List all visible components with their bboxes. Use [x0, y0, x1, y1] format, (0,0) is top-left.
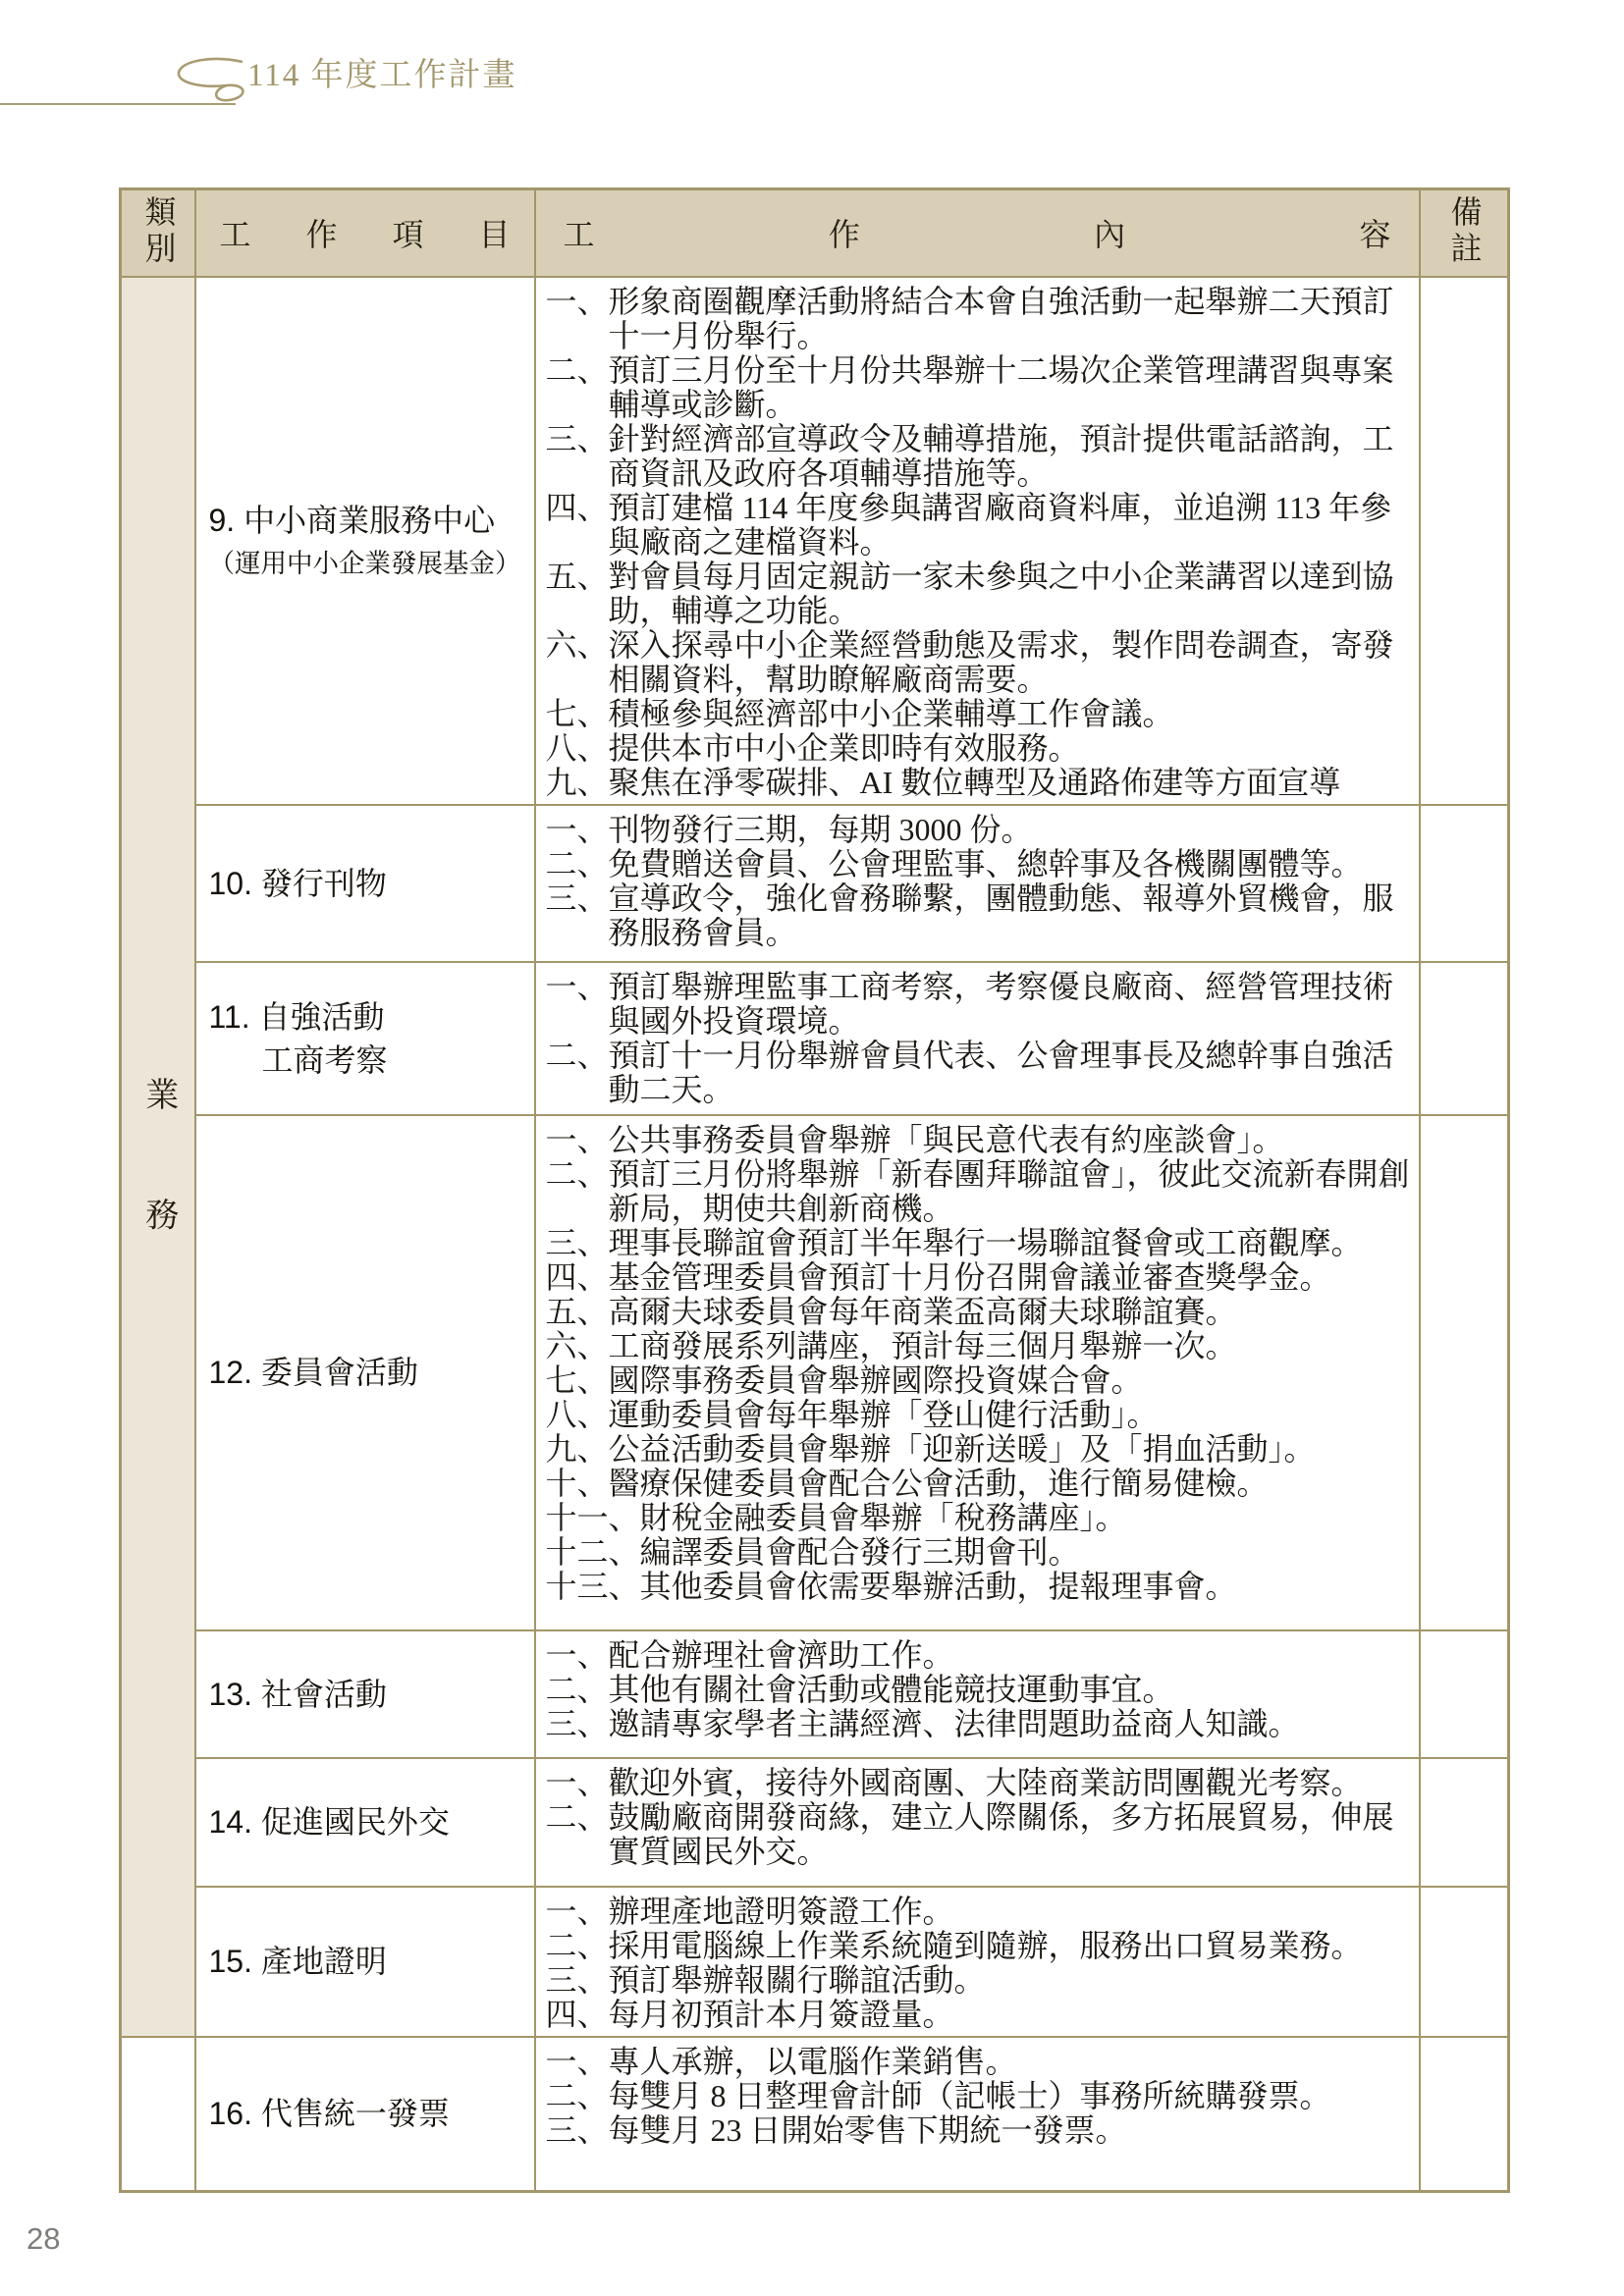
- note-cell: [1420, 1115, 1509, 1630]
- table-row: 10. 發行刊物 一、刊物發行三期，每期 3000 份。二、免費贈送會員、公會理…: [121, 805, 1509, 962]
- note-cell: [1420, 1630, 1509, 1758]
- content-item: 八、提供本市中小企業即時有效服務。: [546, 731, 1413, 766]
- work-item-subtitle: 工商考察: [209, 1041, 530, 1080]
- work-item-cell: 15. 產地證明: [195, 1887, 535, 2037]
- content-item: 八、運動委員會每年舉辦「登山健行活動」。: [546, 1398, 1413, 1432]
- content-list: 一、配合辦理社會濟助工作。二、其他有關社會活動或體能競技運動事宜。三、邀請專家學…: [546, 1638, 1413, 1741]
- content-list: 一、公共事務委員會舉辦「與民意代表有約座談會」。二、預訂三月份將舉辦「新春團拜聯…: [546, 1123, 1413, 1604]
- document-page: 114 年度工作計畫 類別 工作項目 工作內容 備註: [0, 0, 1624, 2296]
- table-row: 業務 9. 中小商業服務中心 （運用中小企業發展基金） 一、形象商圈觀摩活動將結…: [121, 277, 1509, 805]
- content-item: 二、預訂三月份將舉辦「新春團拜聯誼會」，彼此交流新春開創新局，期使共創新商機。: [546, 1157, 1413, 1226]
- header-cell-content: 工作內容: [535, 189, 1420, 277]
- header-note-label: 備註: [1447, 195, 1481, 268]
- note-cell: [1420, 277, 1509, 805]
- content-item: 一、公共事務委員會舉辦「與民意代表有約座談會」。: [546, 1123, 1413, 1157]
- content-item: 三、針對經濟部宣導政令及輔導措施，預計提供電話諮詢，工商資訊及政府各項輔導措施等…: [546, 422, 1413, 491]
- note-cell: [1420, 805, 1509, 962]
- header-category-label: 類別: [141, 195, 175, 268]
- content-item: 五、高爾夫球委員會每年商業盃高爾夫球聯誼賽。: [546, 1295, 1413, 1329]
- table-row: 14. 促進國民外交 一、歡迎外賓，接待外國商團、大陸商業訪問團觀光考察。二、鼓…: [121, 1758, 1509, 1887]
- content-item: 一、刊物發行三期，每期 3000 份。: [546, 813, 1413, 847]
- content-item: 十一、財稅金融委員會舉辦「稅務講座」。: [546, 1501, 1413, 1535]
- note-cell: [1420, 2037, 1509, 2192]
- work-item-cell: 10. 發行刊物: [195, 805, 535, 962]
- content-item: 一、歡迎外賓，接待外國商團、大陸商業訪問團觀光考察。: [546, 1766, 1413, 1800]
- table-row: 13. 社會活動 一、配合辦理社會濟助工作。二、其他有關社會活動或體能競技運動事…: [121, 1630, 1509, 1758]
- content-item: 六、工商發展系列講座，預計每三個月舉辦一次。: [546, 1329, 1413, 1363]
- content-item: 二、每雙月 8 日整理會計師（記帳士）事務所統購發票。: [546, 2079, 1413, 2113]
- content-item: 一、配合辦理社會濟助工作。: [546, 1638, 1413, 1673]
- category-label: 業務: [141, 1077, 175, 1317]
- work-content-cell: 一、刊物發行三期，每期 3000 份。二、免費贈送會員、公會理監事、總幹事及各機…: [535, 805, 1420, 962]
- content-list: 一、預訂舉辦理監事工商考察，考察優良廠商、經營管理技術與國外投資環境。二、預訂十…: [546, 970, 1413, 1107]
- work-item-cell: 12. 委員會活動: [195, 1115, 535, 1630]
- work-content-cell: 一、配合辦理社會濟助工作。二、其他有關社會活動或體能競技運動事宜。三、邀請專家學…: [535, 1630, 1420, 1758]
- work-item-cell: 9. 中小商業服務中心 （運用中小企業發展基金）: [195, 277, 535, 805]
- header-row: 類別 工作項目 工作內容 備註: [121, 189, 1509, 277]
- content-item: 十二、編譯委員會配合發行三期會刊。: [546, 1535, 1413, 1570]
- work-item-title: 11. 自強活動: [209, 997, 530, 1037]
- work-item-title: 15. 產地證明: [209, 1942, 530, 1981]
- content-item: 十三、其他委員會依需要舉辦活動，提報理事會。: [546, 1570, 1413, 1604]
- content-item: 一、專人承辦，以電腦作業銷售。: [546, 2045, 1413, 2079]
- document-title: 114 年度工作計畫: [247, 49, 517, 95]
- s-swirl-logo-icon: [173, 55, 245, 106]
- content-item: 三、每雙月 23 日開始零售下期統一發票。: [546, 2113, 1413, 2148]
- table-row: 16. 代售統一發票 一、專人承辦，以電腦作業銷售。二、每雙月 8 日整理會計師…: [121, 2037, 1509, 2192]
- table-header: 類別 工作項目 工作內容 備註: [121, 189, 1509, 277]
- work-item-title: 12. 委員會活動: [209, 1353, 530, 1392]
- work-plan-table: 類別 工作項目 工作內容 備註 業務 9. 中小商業服務中心: [119, 187, 1510, 2193]
- table-body: 業務 9. 中小商業服務中心 （運用中小企業發展基金） 一、形象商圈觀摩活動將結…: [121, 277, 1509, 2192]
- work-item-subtitle: （運用中小企業發展基金）: [209, 548, 530, 580]
- content-item: 三、宣導政令，強化會務聯繫，團體動態、報導外貿機會，服務服務會員。: [546, 881, 1413, 950]
- header-cell-note: 備註: [1420, 189, 1509, 277]
- content-item: 三、邀請專家學者主講經濟、法律問題助益商人知識。: [546, 1707, 1413, 1741]
- content-item: 二、其他有關社會活動或體能競技運動事宜。: [546, 1673, 1413, 1707]
- content-item: 七、積極參與經濟部中小企業輔導工作會議。: [546, 697, 1413, 731]
- content-list: 一、歡迎外賓，接待外國商團、大陸商業訪問團觀光考察。二、鼓勵廠商開發商緣，建立人…: [546, 1766, 1413, 1869]
- work-item-title: 16. 代售統一發票: [209, 2094, 530, 2133]
- table-row: 12. 委員會活動 一、公共事務委員會舉辦「與民意代表有約座談會」。二、預訂三月…: [121, 1115, 1509, 1630]
- work-item-title: 14. 促進國民外交: [209, 1802, 530, 1842]
- work-item-cell: 11. 自強活動 工商考察: [195, 962, 535, 1115]
- content-item: 二、免費贈送會員、公會理監事、總幹事及各機關團體等。: [546, 847, 1413, 881]
- content-item: 六、深入探尋中小企業經營動態及需求，製作問卷調查，寄發相關資料，幫助瞭解廠商需要…: [546, 628, 1413, 697]
- content-item: 七、國際事務委員會舉辦國際投資媒合會。: [546, 1363, 1413, 1398]
- content-item: 九、公益活動委員會舉辦「迎新送暖」及「捐血活動」。: [546, 1432, 1413, 1467]
- content-item: 二、鼓勵廠商開發商緣，建立人際關係，多方拓展貿易，伸展實質國民外交。: [546, 1800, 1413, 1869]
- work-item-title: 9. 中小商業服務中心: [209, 501, 530, 540]
- content-item: 三、理事長聯誼會預訂半年舉行一場聯誼餐會或工商觀摩。: [546, 1226, 1413, 1260]
- note-cell: [1420, 1887, 1509, 2037]
- work-content-cell: 一、公共事務委員會舉辦「與民意代表有約座談會」。二、預訂三月份將舉辦「新春團拜聯…: [535, 1115, 1420, 1630]
- work-item-title: 13. 社會活動: [209, 1675, 530, 1714]
- work-item-cell: 16. 代售統一發票: [195, 2037, 535, 2192]
- work-content-cell: 一、歡迎外賓，接待外國商團、大陸商業訪問團觀光考察。二、鼓勵廠商開發商緣，建立人…: [535, 1758, 1420, 1887]
- work-content-cell: 一、辦理產地證明簽證工作。二、採用電腦線上作業系統隨到隨辦，服務出口貿易業務。三…: [535, 1887, 1420, 2037]
- work-item-cell: 14. 促進國民外交: [195, 1758, 535, 1887]
- content-item: 一、形象商圈觀摩活動將結合本會自強活動一起舉辦二天預訂十一月份舉行。: [546, 285, 1413, 353]
- content-item: 三、預訂舉辦報關行聯誼活動。: [546, 1963, 1413, 1998]
- table-row: 15. 產地證明 一、辦理產地證明簽證工作。二、採用電腦線上作業系統隨到隨辦，服…: [121, 1887, 1509, 2037]
- content-item: 二、預訂三月份至十月份共舉辦十二場次企業管理講習與專案輔導或診斷。: [546, 353, 1413, 422]
- content-item: 四、基金管理委員會預訂十月份召開會議並審查獎學金。: [546, 1260, 1413, 1295]
- content-item: 九、聚焦在淨零碳排、AI 數位轉型及通路佈建等方面宣導: [546, 766, 1413, 800]
- header-cell-category: 類別: [121, 189, 195, 277]
- content-item: 二、預訂十一月份舉辦會員代表、公會理事長及總幹事自強活動二天。: [546, 1039, 1413, 1107]
- content-item: 五、對會員每月固定親訪一家未參與之中小企業講習以達到協助，輔導之功能。: [546, 560, 1413, 628]
- content-item: 十、醫療保健委員會配合公會活動，進行簡易健檢。: [546, 1467, 1413, 1501]
- work-item-cell: 13. 社會活動: [195, 1630, 535, 1758]
- content-list: 一、形象商圈觀摩活動將結合本會自強活動一起舉辦二天預訂十一月份舉行。二、預訂三月…: [546, 285, 1413, 800]
- table-row: 11. 自強活動 工商考察 一、預訂舉辦理監事工商考察，考察優良廠商、經營管理技…: [121, 962, 1509, 1115]
- content-item: 二、採用電腦線上作業系統隨到隨辦，服務出口貿易業務。: [546, 1929, 1413, 1963]
- header-content-label: 工作內容: [536, 210, 1419, 255]
- content-list: 一、辦理產地證明簽證工作。二、採用電腦線上作業系統隨到隨辦，服務出口貿易業務。三…: [546, 1895, 1413, 2032]
- header-item-label: 工作項目: [196, 210, 534, 255]
- work-content-cell: 一、專人承辦，以電腦作業銷售。二、每雙月 8 日整理會計師（記帳士）事務所統購發…: [535, 2037, 1420, 2192]
- category-cell-empty: [121, 2037, 195, 2192]
- work-content-cell: 一、形象商圈觀摩活動將結合本會自強活動一起舉辦二天預訂十一月份舉行。二、預訂三月…: [535, 277, 1420, 805]
- note-cell: [1420, 962, 1509, 1115]
- header-cell-item: 工作項目: [195, 189, 535, 277]
- content-list: 一、刊物發行三期，每期 3000 份。二、免費贈送會員、公會理監事、總幹事及各機…: [546, 813, 1413, 950]
- work-item-title: 10. 發行刊物: [209, 864, 530, 903]
- content-item: 一、預訂舉辦理監事工商考察，考察優良廠商、經營管理技術與國外投資環境。: [546, 970, 1413, 1039]
- work-content-cell: 一、預訂舉辦理監事工商考察，考察優良廠商、經營管理技術與國外投資環境。二、預訂十…: [535, 962, 1420, 1115]
- note-cell: [1420, 1758, 1509, 1887]
- content-item: 四、每月初預計本月簽證量。: [546, 1998, 1413, 2032]
- content-item: 四、預訂建檔 114 年度參與講習廠商資料庫，並追溯 113 年參與廠商之建檔資…: [546, 491, 1413, 560]
- category-cell: 業務: [121, 277, 195, 2037]
- page-number: 28: [27, 2221, 60, 2257]
- content-list: 一、專人承辦，以電腦作業銷售。二、每雙月 8 日整理會計師（記帳士）事務所統購發…: [546, 2045, 1413, 2148]
- content-item: 一、辦理產地證明簽證工作。: [546, 1895, 1413, 1929]
